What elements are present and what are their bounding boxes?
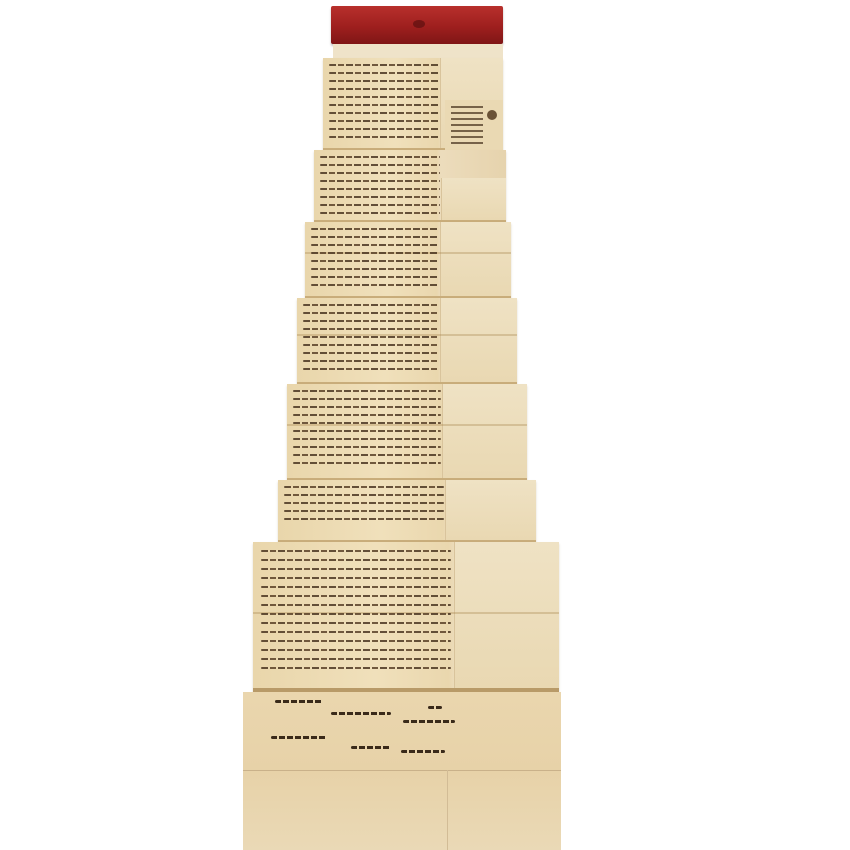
signature <box>351 746 391 749</box>
signature <box>275 700 323 703</box>
scroll-panel-5 <box>287 384 527 480</box>
text-lines <box>303 304 439 376</box>
header-inscription <box>333 44 503 59</box>
scroll-panel-7 <box>253 542 559 692</box>
binding-stamp <box>413 20 425 28</box>
scroll-panel-4 <box>297 298 517 384</box>
text-lines <box>284 486 444 534</box>
blank-margin <box>442 384 527 478</box>
fold-crease <box>243 770 561 771</box>
notation-text <box>451 106 483 146</box>
blank-margin <box>445 480 536 540</box>
text-lines <box>329 64 439 142</box>
signature <box>331 712 391 715</box>
blank-margin <box>440 298 517 382</box>
text-lines <box>311 228 439 290</box>
signature <box>403 720 455 723</box>
signature-panel <box>243 692 561 850</box>
fold-crease <box>447 770 448 850</box>
scroll-panel-2 <box>314 150 506 222</box>
text-lines <box>261 550 451 682</box>
signature <box>428 706 442 709</box>
blank-margin <box>440 222 511 296</box>
red-binding <box>331 6 503 44</box>
signature <box>271 736 327 739</box>
text-lines <box>293 390 441 472</box>
text-lines <box>320 156 440 214</box>
signature <box>401 750 445 753</box>
blank-margin <box>454 542 559 688</box>
scroll-panel-6 <box>278 480 536 542</box>
ink-seal <box>487 110 497 120</box>
scroll-panel-3 <box>305 222 511 298</box>
manuscript-photo: Folded Arabic-script manuscript scroll w… <box>0 0 850 850</box>
blank-margin <box>441 178 506 220</box>
